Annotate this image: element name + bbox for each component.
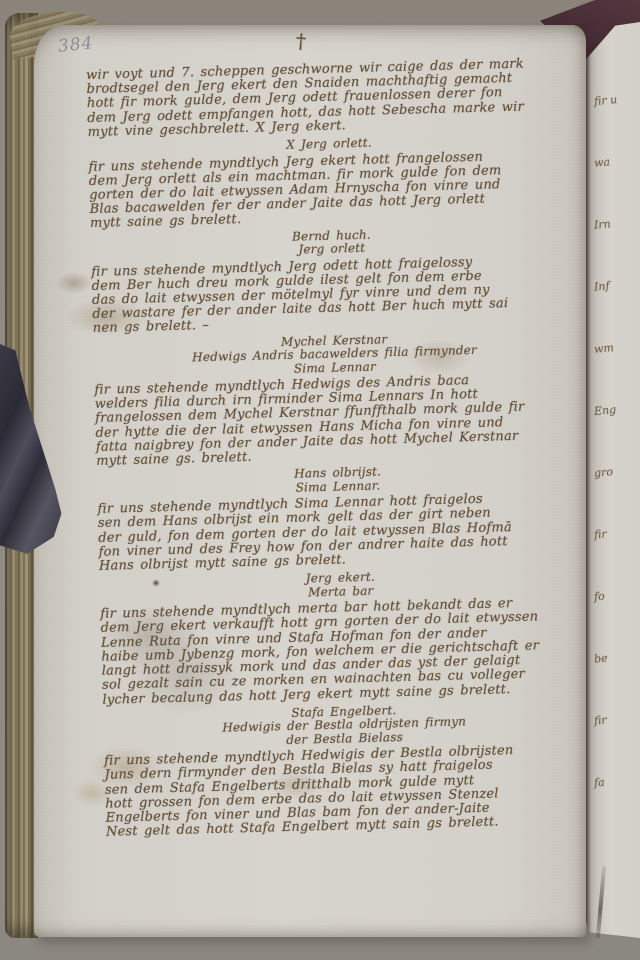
facing-text-fragment: wa [593, 155, 610, 169]
facing-text-fragment: Eng [593, 403, 616, 418]
facing-text-fragment: fir u [593, 93, 617, 108]
facing-text-fragment: fir [593, 527, 607, 541]
paragraph-block: fir uns stehende myndtlych Hedwigs des A… [94, 371, 578, 469]
page-number: 384 [57, 33, 94, 57]
paragraph-block: fir uns stehende myndtlych Jerg odett ho… [91, 253, 575, 337]
facing-text-fragment: be [593, 651, 608, 665]
paragraph-block: fir uns stehende myndtlych Hedwigis der … [104, 742, 588, 840]
facing-page: fir uwaIrnInfwmEnggrofirfobefirfa [585, 22, 640, 938]
facing-text-fragment: fa [593, 776, 605, 790]
paragraph-block: fir uns stehende myndtlych Sima Lennar h… [97, 490, 581, 574]
scanned-book-photo: fir uwaIrnInfwmEnggrofirfobefirfa 384 † … [0, 0, 640, 960]
paragraph-block: fir uns stehende myndtlych merta bar hot… [100, 595, 584, 707]
facing-text-fragment: fo [593, 590, 605, 604]
paragraph-block: fir uns stehende myndtlych Jerg ekert ho… [88, 148, 572, 232]
facing-text-fragment: wm [593, 341, 614, 356]
paragraph-block: wir voyt und 7. scheppen geschworne wir … [86, 56, 570, 140]
facing-text-fragment: fir [593, 713, 607, 727]
facing-text-fragment: gro [593, 465, 613, 480]
cross-mark-icon: † [295, 29, 307, 54]
manuscript-text: wir voyt und 7. scheppen geschworne wir … [86, 56, 588, 844]
facing-text-fragment: Inf [593, 279, 610, 293]
manuscript-page: 384 † wir voyt und 7. scheppen geschworn… [34, 25, 586, 937]
facing-text-fragment: Irn [593, 217, 611, 231]
